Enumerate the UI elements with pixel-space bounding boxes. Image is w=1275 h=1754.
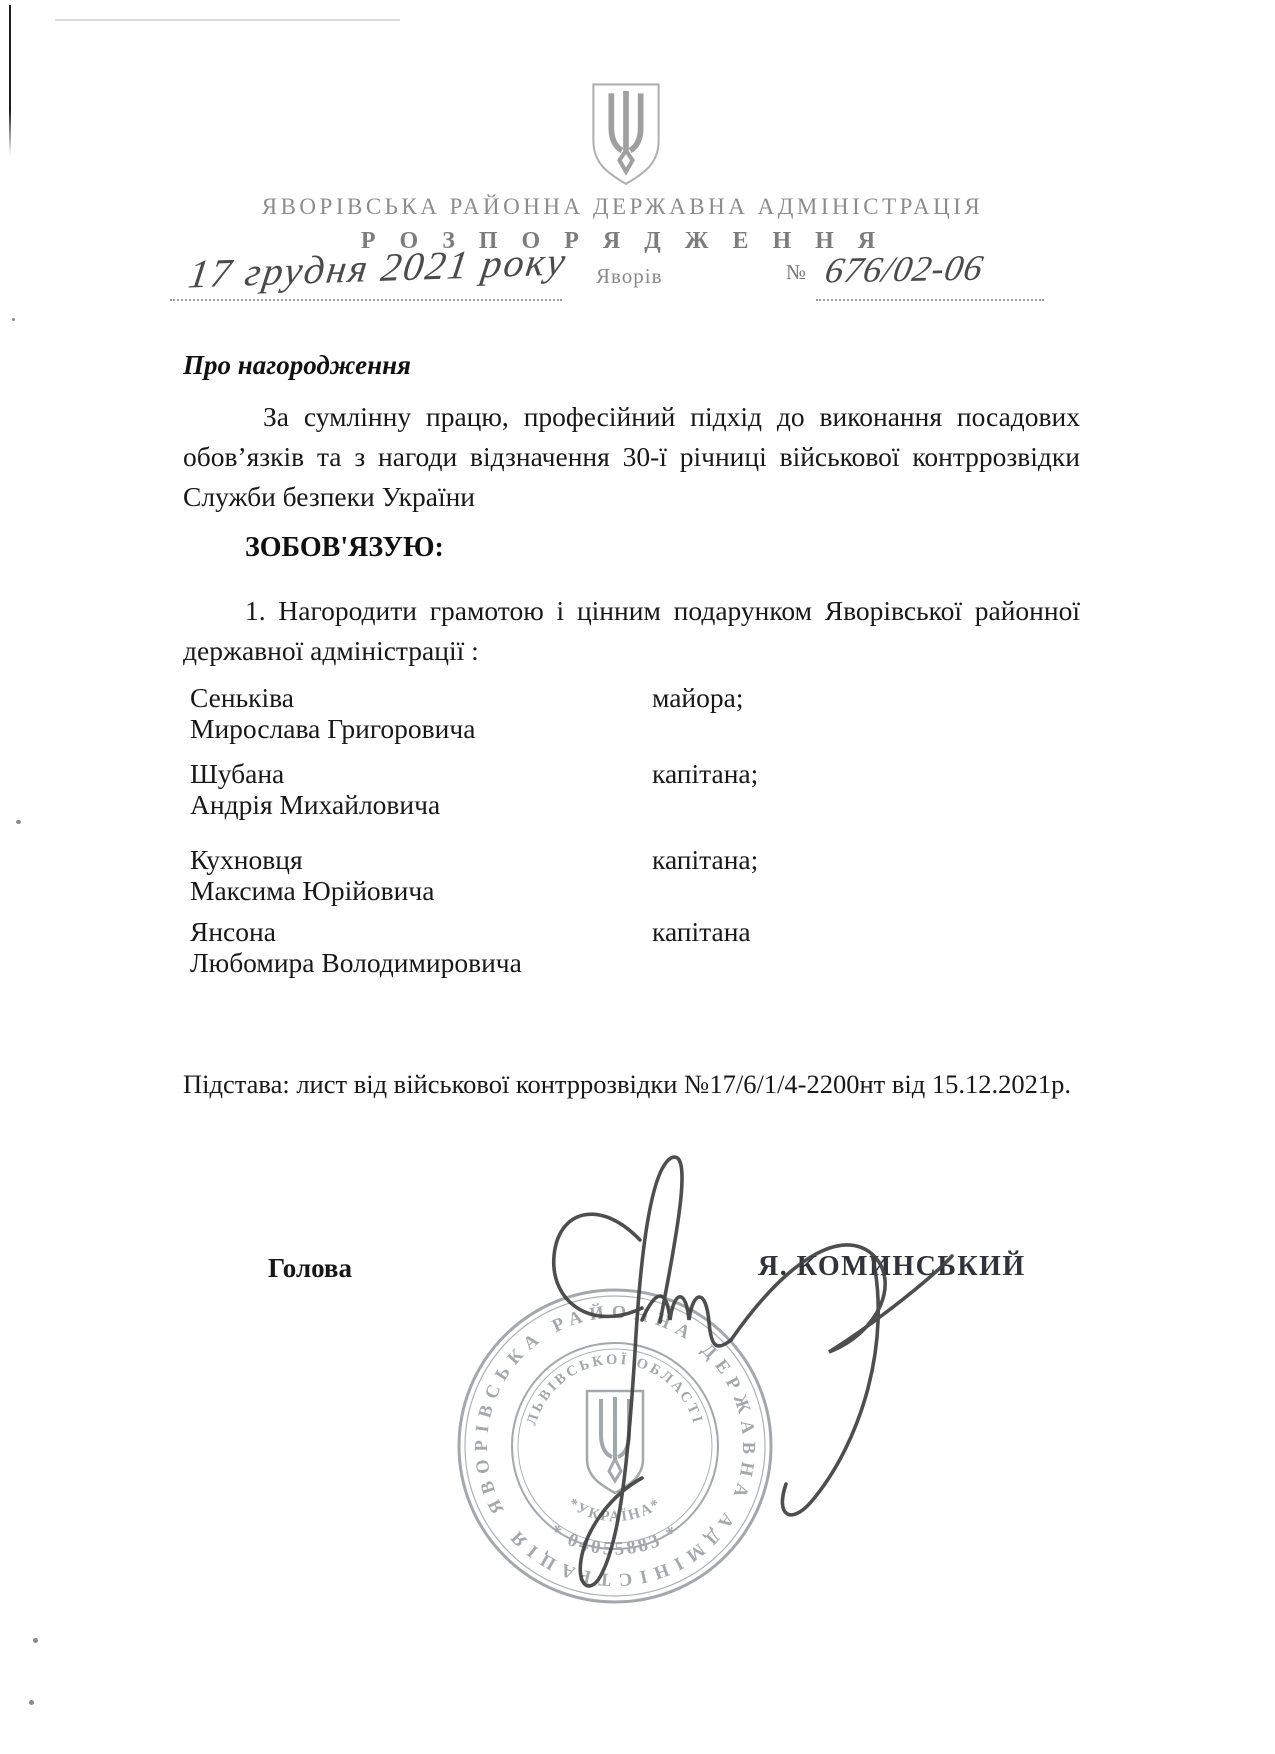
handwritten-number: 676/02-06: [822, 247, 988, 292]
document-type-title: Р О З П О Р Я Д Ж Е Н Н Я: [0, 228, 1245, 255]
scan-speck: [16, 820, 21, 824]
organization-name: ЯВОРІВСЬКА РАЙОННА ДЕРЖАВНА АДМІНІСТРАЦІ…: [0, 194, 1245, 220]
scan-speck: [29, 1700, 34, 1705]
list-item: Шубана Андрія Михайловича капітана;: [190, 758, 910, 820]
directive-heading: ЗОБОВ'ЯЗУЮ:: [245, 532, 444, 564]
awardee-rank: капітана;: [652, 758, 758, 790]
scan-line-artifact: [55, 19, 400, 21]
awardee-rank: капітана;: [652, 844, 758, 876]
awardee-rank: капітана: [652, 916, 751, 948]
order-item-1: 1. Нагородити грамотою і цінним подарунк…: [183, 591, 1080, 671]
awardee-name: Максима Юрійовича: [190, 875, 652, 906]
awardee-name: Мирослава Григоровича: [190, 713, 652, 744]
signer-title: Голова: [268, 1253, 352, 1284]
number-underline: [816, 299, 1044, 301]
awardee-rank: майора;: [652, 682, 743, 714]
date-underline: [170, 299, 562, 301]
awardee-surname: Янсона: [190, 916, 652, 947]
awardee-surname: Сеньківа: [190, 682, 652, 713]
basis-line: Підстава: лист від військової контррозві…: [183, 1069, 1103, 1100]
ukraine-trident-emblem-icon: [585, 82, 667, 188]
list-item: Янсона Любомира Володимировича капітана: [190, 916, 910, 978]
intro-paragraph: За сумлінну працю, професійний підхід до…: [183, 397, 1080, 517]
scan-edge-artifact: [9, 5, 11, 155]
scan-speck: [12, 318, 15, 321]
awardee-name: Андрія Михайловича: [190, 789, 652, 820]
awardee-surname: Шубана: [190, 758, 652, 789]
handwritten-signature: [430, 1140, 990, 1600]
list-item: Кухновця Максима Юрійовича капітана;: [190, 844, 910, 906]
scanned-document-page: ЯВОРІВСЬКА РАЙОННА ДЕРЖАВНА АДМІНІСТРАЦІ…: [0, 0, 1275, 1754]
awardee-name: Любомира Володимировича: [190, 947, 652, 978]
place-name: Яворів: [596, 264, 663, 289]
scan-speck: [33, 1638, 38, 1643]
awardee-surname: Кухновця: [190, 844, 652, 875]
number-label: №: [786, 260, 806, 285]
awards-list: Сеньківа Мирослава Григоровича майора; Ш…: [190, 682, 910, 978]
list-item: Сеньківа Мирослава Григоровича майора;: [190, 682, 910, 744]
document-subject: Про нагородження: [183, 350, 411, 381]
